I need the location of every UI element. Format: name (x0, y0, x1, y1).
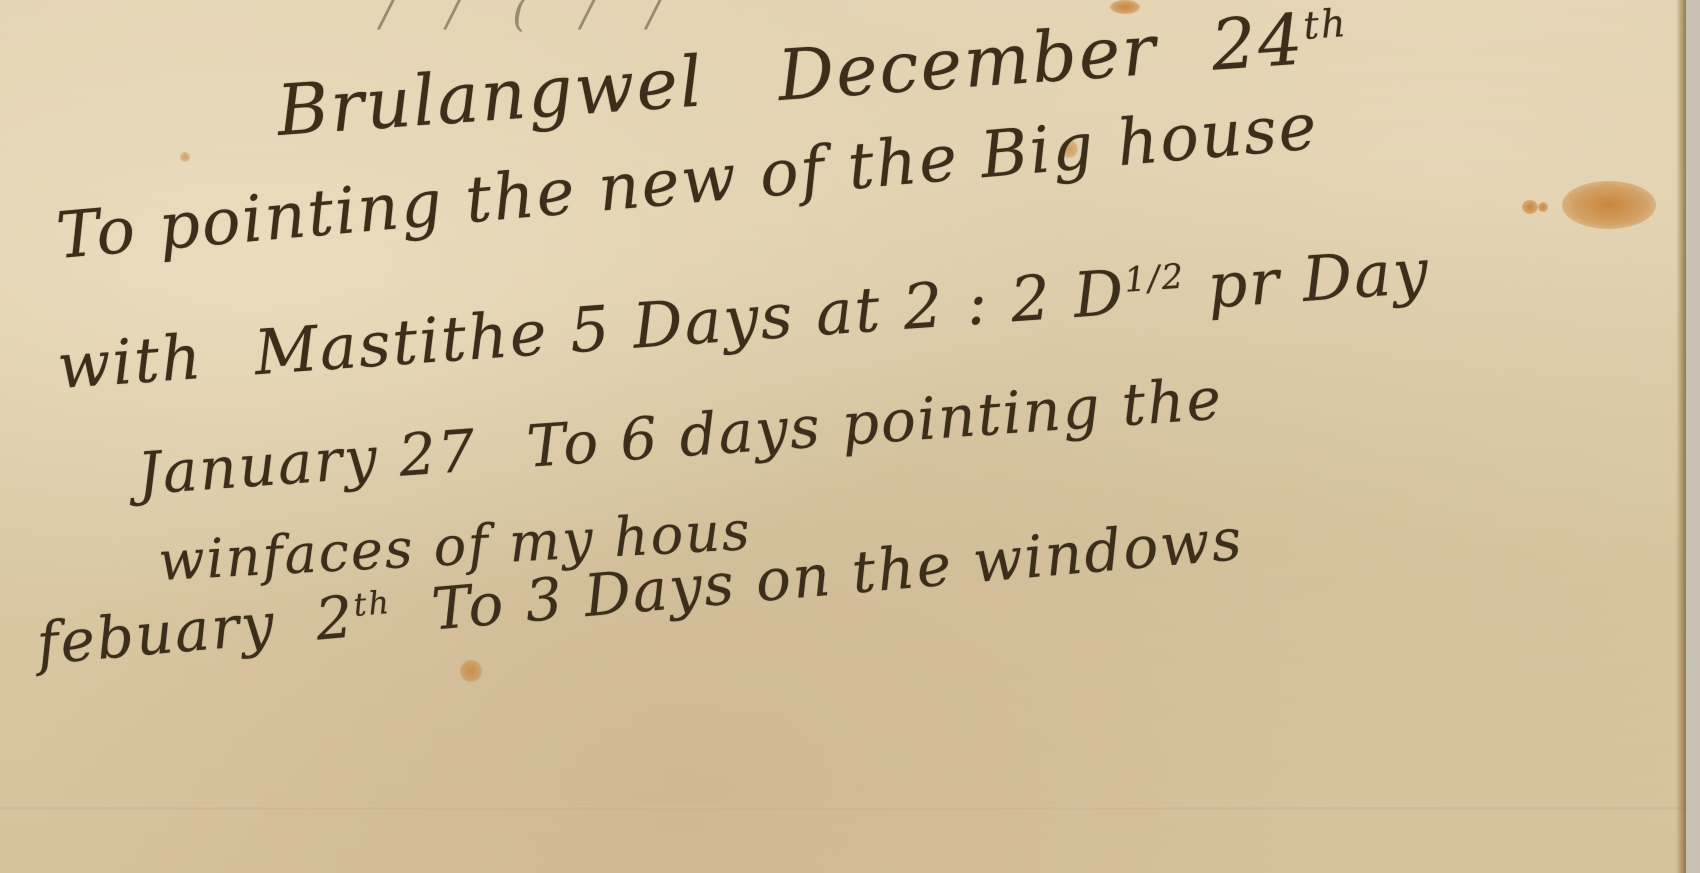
place-name: Brulangwel (274, 40, 706, 152)
ink-stain-dot (1538, 202, 1548, 212)
ink-stain-left (180, 152, 190, 162)
header-day-suffix: th (1302, 1, 1349, 49)
ink-stain-large (1562, 181, 1656, 229)
manuscript-page: / / ( / / Brulangwel December 24th To po… (0, 0, 1700, 873)
header-day: 24 (1209, 0, 1308, 87)
entry-3-day-suffix: th (352, 583, 393, 624)
entry-3-month: febuary (34, 589, 278, 678)
cropped-previous-line: / / ( / / (380, 0, 680, 36)
entry-1-rate: pr Day (1205, 234, 1432, 322)
entry-3-day: 2 (313, 582, 358, 653)
entry-1-fraction: 1/2 (1123, 257, 1187, 301)
scan-background (1686, 0, 1700, 873)
entry-1-line-2: with Mastithe 5 Days at 2 : 2 D1/2 pr Da… (55, 234, 1432, 403)
entry-2-text: To 6 days pointing the (525, 364, 1225, 480)
entry-2-date: January 27 (135, 416, 479, 508)
ink-stain-small (1522, 200, 1538, 214)
entry-1-prefix: with (55, 320, 205, 403)
paper-right-edge (1676, 0, 1686, 873)
paper-fold-line (0, 806, 1686, 810)
entry-1-detail: Mastithe 5 Days at 2 : 2 D (252, 256, 1128, 390)
ink-stain-bottom (460, 660, 482, 682)
header-month: December (775, 9, 1160, 117)
